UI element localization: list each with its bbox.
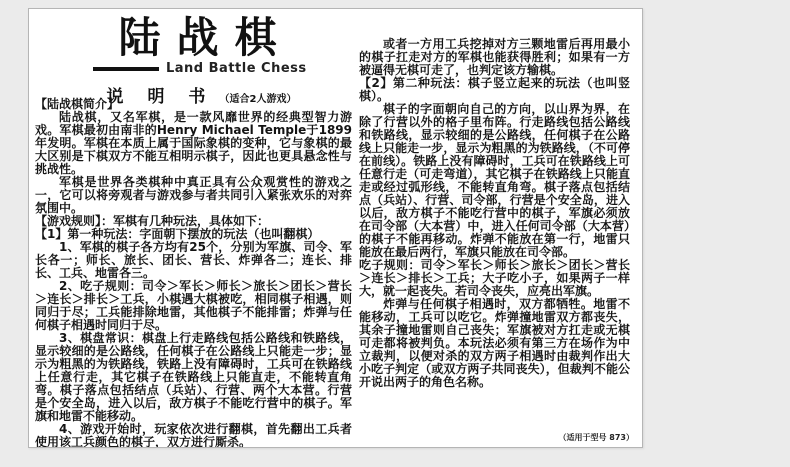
left-column: 【陆战棋简介】 陆战棋，又名军棋，是一款风靡世界的经典型智力游戏。军棋最初由南非… (35, 98, 352, 448)
manual-page: 陆战棋 Land Battle Chess 说 明 书 （适合2人游戏） 【陆战… (28, 8, 643, 448)
play1-item-3: 3、棋盘常识：棋盘上行走路线包括公路线和铁路线，显示较细的是公路线，任何棋子在公… (35, 332, 352, 423)
page-title-cn: 陆战棋 (97, 15, 314, 61)
screenshot-canvas: 陆战棋 Land Battle Chess 说 明 书 （适合2人游戏） 【陆战… (0, 0, 790, 467)
intro-paragraph-2: 军棋是世界各类棋种中真正具有公众观赏性的游戏之一，它可以将旁观者与游戏参与者共同… (35, 176, 352, 215)
play1-item-2: 2、吃子规则：司令＞军长＞师长＞旅长＞团长＞营长＞连长＞排长＞工兵，小棋遇大棋被… (35, 280, 352, 332)
title-en-row: Land Battle Chess (89, 61, 314, 76)
page-title-en: Land Battle Chess (166, 61, 307, 76)
title-block: 陆战棋 Land Battle Chess 说 明 书 （适合2人游戏） (89, 15, 314, 107)
right-column: 或者一方用工兵挖掉对方三颗地雷后再用最小的棋子扛走对方的军棋也能获得胜利；如果有… (359, 38, 630, 389)
title-underline-rule (93, 67, 159, 71)
win-continuation-paragraph: 或者一方用工兵挖掉对方三颗地雷后再用最小的棋子扛走对方的军棋也能获得胜利；如果有… (359, 38, 630, 77)
intro-paragraph-1: 陆战棋，又名军棋，是一款风靡世界的经典型智力游戏。军棋最初由南非的Henry M… (35, 111, 352, 176)
model-number-note: （适用于型号 873） (559, 432, 634, 443)
play1-item-1: 1、军棋的棋子各方均有25个，分别为军旗、司令、军长各一；师长、旅长、团长、营长… (35, 241, 352, 280)
play2-paragraph-3: 炸弹与任何棋子相遇时，双方都牺牲。地雷不能移动，工兵可以吃它。炸弹撞地雷双方都丧… (359, 298, 630, 389)
play2-paragraph-2: 吃子规则：司令＞军长＞师长＞旅长＞团长＞营长＞连长＞排长＞工兵；大子吃小子，如果… (359, 259, 630, 298)
play2-paragraph-1: 棋子的字面朝向自己的方向，以山界为界，在除了行营以外的格子里布阵。行走路线包括公… (359, 103, 630, 259)
play1-item-4: 4、游戏开始时，玩家依次进行翻棋，首先翻出工兵者使用该工兵颜色的棋子，双方进行厮… (35, 423, 352, 448)
play2-heading: 【2】第二种玩法：棋子竖立起来的玩法（也叫竖棋）。 (359, 77, 630, 103)
